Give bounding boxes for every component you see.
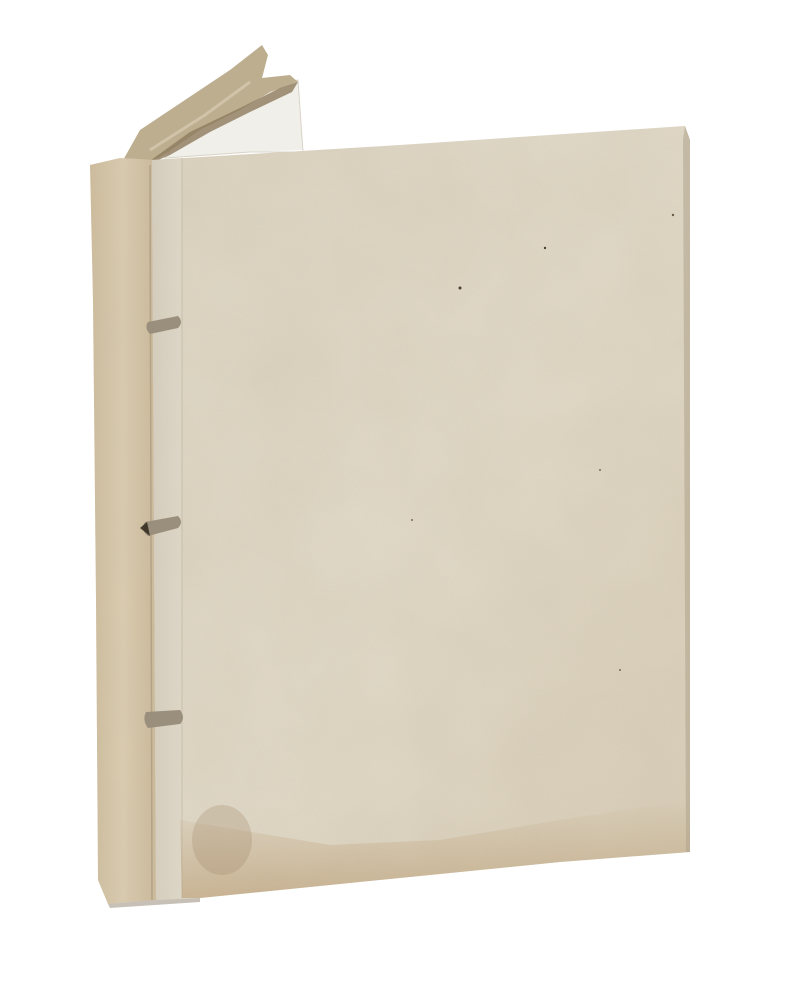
book-illustration [0, 0, 789, 1000]
front-cover [152, 126, 690, 900]
book-photo [0, 0, 789, 1000]
